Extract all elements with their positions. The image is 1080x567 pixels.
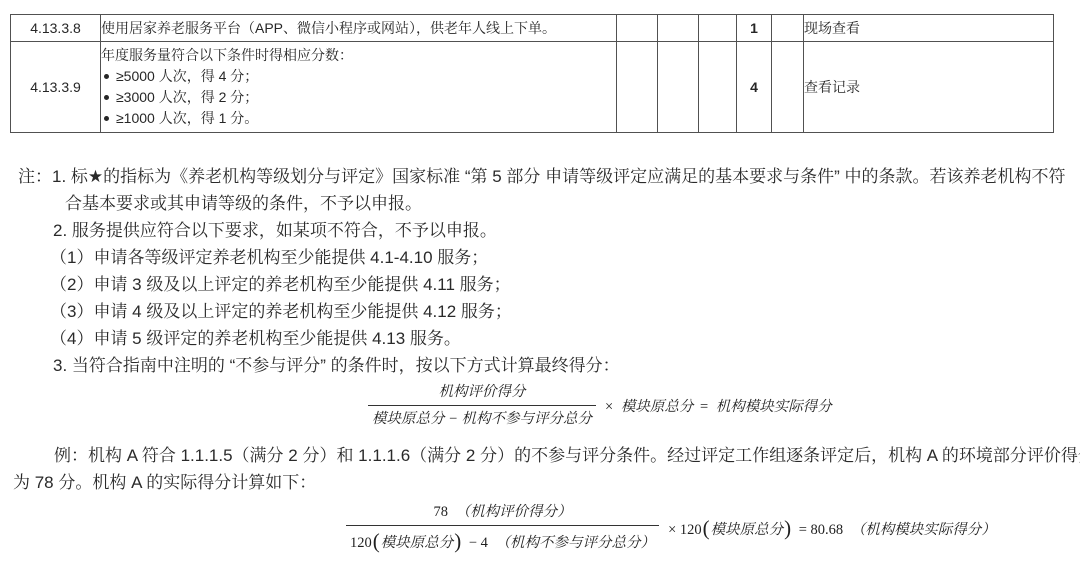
example-paragraph: 例：机构 A 符合 1.1.1.5（满分 2 分）和 1.1.1.6（满分 2 … xyxy=(13,442,1068,496)
empty-cell xyxy=(772,15,804,42)
note-subitem-1: （1）申请各等级评定养老机构至少能提供 4.1-4.10 服务； xyxy=(18,244,1068,271)
note-line-1: 注：1. 标★的指标为《养老机构等级划分与评定》国家标准 “第 5 部分 申请等… xyxy=(18,163,1068,190)
times-value: × 120 xyxy=(668,522,702,538)
criteria-intro: 年度服务量符合以下条件时得相应分数： xyxy=(101,45,616,66)
indicator-id: 4.13.3.8 xyxy=(11,15,101,42)
empty-cell xyxy=(658,42,699,133)
empty-cell xyxy=(658,15,699,42)
result-label: 机构模块实际得分 xyxy=(716,399,832,415)
empty-cell xyxy=(617,42,658,133)
notes-section: 注：1. 标★的指标为《养老机构等级划分与评定》国家标准 “第 5 部分 申请等… xyxy=(18,163,1068,379)
result-value: = 80.68 xyxy=(799,522,843,538)
formula-right-side: × 模块原总分 = 机构模块实际得分 xyxy=(605,395,832,416)
fraction-numerator: 78 （机构评价得分） xyxy=(346,503,659,525)
close-paren: ) xyxy=(783,516,792,540)
note-line-1-cont: 合基本要求或其申请等级的条件，不予以申报。 xyxy=(18,190,1068,217)
result-label: （机构模块实际得分） xyxy=(851,522,996,538)
empty-cell xyxy=(617,15,658,42)
example-line-1: 例：机构 A 符合 1.1.1.5（满分 2 分）和 1.1.1.6（满分 2 … xyxy=(13,442,1068,469)
note-item-3: 3. 当符合指南中注明的 “不参与评分” 的条件时，按以下方式计算最终得分： xyxy=(18,352,1068,379)
criteria-bullet: ≥3000 人次，得 2 分； xyxy=(101,87,616,108)
fraction: 78 （机构评价得分） 120(模块原总分) − 4 （机构不参与评分总分） xyxy=(346,503,659,552)
open-paren: ( xyxy=(372,529,381,553)
note-subitem-3: （3）申请 4 级及以上评定的养老机构至少能提供 4.12 服务； xyxy=(18,298,1068,325)
document-page: 4.13.3.8 使用居家养老服务平台（APP、微信小程序或网站），供老年人线上… xyxy=(0,0,1080,567)
evaluation-method: 现场查看 xyxy=(804,15,1054,42)
formula-general: 机构评价得分 模块原总分 − 机构不参与评分总分 × 模块原总分 = 机构模块实… xyxy=(368,383,832,428)
fraction-denominator: 模块原总分 − 机构不参与评分总分 xyxy=(368,405,596,428)
denominator-value: 120 xyxy=(350,535,372,551)
denominator-factor-label: 模块原总分 xyxy=(381,535,454,551)
table-row: 4.13.3.8 使用居家养老服务平台（APP、微信小程序或网站），供老年人线上… xyxy=(11,15,1054,42)
example-line-2: 为 78 分。机构 A 的实际得分计算如下： xyxy=(13,469,1068,496)
evaluation-method: 查看记录 xyxy=(804,42,1054,133)
evaluation-table: 4.13.3.8 使用居家养老服务平台（APP、微信小程序或网站），供老年人线上… xyxy=(10,14,1054,133)
fraction: 机构评价得分 模块原总分 − 机构不参与评分总分 xyxy=(368,383,596,428)
bullet-text: ≥3000 人次，得 2 分； xyxy=(116,87,258,108)
numerator-value: 78 xyxy=(433,504,448,520)
fraction-numerator: 机构评价得分 xyxy=(368,383,596,405)
note-subitem-2: （2）申请 3 级及以上评定的养老机构至少能提供 4.11 服务； xyxy=(18,271,1068,298)
criteria-bullet: ≥1000 人次，得 1 分。 xyxy=(101,108,616,129)
empty-cell xyxy=(699,15,737,42)
score-value: 1 xyxy=(737,15,772,42)
empty-cell xyxy=(772,42,804,133)
numerator-label: （机构评价得分） xyxy=(456,504,572,520)
times-sign: × xyxy=(605,399,613,415)
bullet-icon xyxy=(104,116,109,121)
denominator-label: （机构不参与评分总分） xyxy=(496,535,656,551)
factor-label: 模块原总分 xyxy=(711,522,784,538)
bullet-icon xyxy=(104,74,109,79)
bullet-text: ≥1000 人次，得 1 分。 xyxy=(116,108,258,129)
indicator-description: 使用居家养老服务平台（APP、微信小程序或网站），供老年人线上下单。 xyxy=(101,15,617,42)
close-paren: ) xyxy=(453,529,462,553)
open-paren: ( xyxy=(702,516,711,540)
indicator-id: 4.13.3.9 xyxy=(11,42,101,133)
equals-sign: = xyxy=(700,399,708,415)
table-row: 4.13.3.9 年度服务量符合以下条件时得相应分数： ≥5000 人次，得 4… xyxy=(11,42,1054,133)
note-subitem-4: （4）申请 5 级评定的养老机构至少能提供 4.13 服务。 xyxy=(18,325,1068,352)
bullet-text: ≥5000 人次，得 4 分； xyxy=(116,66,258,87)
score-value: 4 xyxy=(737,42,772,133)
formula-example: 78 （机构评价得分） 120(模块原总分) − 4 （机构不参与评分总分） ×… xyxy=(346,503,996,552)
factor-label: 模块原总分 xyxy=(621,399,694,415)
indicator-description: 年度服务量符合以下条件时得相应分数： ≥5000 人次，得 4 分； ≥3000… xyxy=(101,42,617,133)
fraction-denominator: 120(模块原总分) − 4 （机构不参与评分总分） xyxy=(346,525,659,552)
denominator-minus-value: − 4 xyxy=(469,535,488,551)
formula-right-side: × 120(模块原总分) = 80.68 （机构模块实际得分） xyxy=(668,517,996,539)
note-item-2: 2. 服务提供应符合以下要求，如某项不符合，不予以申报。 xyxy=(18,217,1068,244)
empty-cell xyxy=(699,42,737,133)
criteria-bullet: ≥5000 人次，得 4 分； xyxy=(101,66,616,87)
bullet-icon xyxy=(104,95,109,100)
